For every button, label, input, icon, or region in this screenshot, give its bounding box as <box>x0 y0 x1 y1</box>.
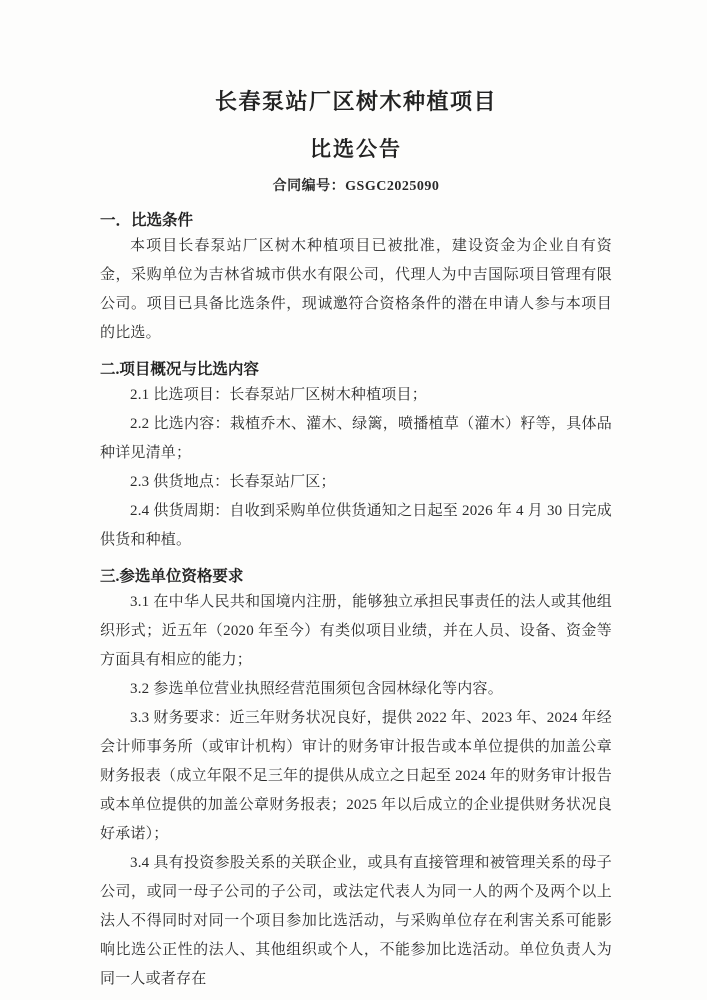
section-qualification-requirements: 三.参选单位资格要求 3.1 在中华人民共和国境内注册，能够独立承担民事责任的法… <box>100 566 612 994</box>
section-project-overview: 二.项目概况与比选内容 2.1 比选项目：长春泵站厂区树木种植项目； 2.2 比… <box>100 359 612 555</box>
section-bid-conditions: 一．比选条件 本项目长春泵站厂区树木种植项目已被批准，建设资金为企业自有资金，采… <box>100 210 612 348</box>
document-subtitle: 比选公告 <box>100 134 612 164</box>
section-heading-3: 三.参选单位资格要求 <box>100 566 612 588</box>
paragraph: 3.1 在中华人民共和国境内注册，能够独立承担民事责任的法人或其他组织形式；近五… <box>100 588 612 675</box>
contract-number: 合同编号：GSGC2025090 <box>100 177 612 197</box>
paragraph: 2.1 比选项目：长春泵站厂区树木种植项目； <box>100 381 612 410</box>
section-heading-1: 一．比选条件 <box>100 210 612 232</box>
paragraph: 本项目长春泵站厂区树木种植项目已被批准，建设资金为企业自有资金，采购单位为吉林省… <box>100 232 612 348</box>
scanned-document-page: 长春泵站厂区树木种植项目 比选公告 合同编号：GSGC2025090 一．比选条… <box>0 0 707 1000</box>
paragraph: 2.3 供货地点：长春泵站厂区； <box>100 468 612 497</box>
paragraph: 3.2 参选单位营业执照经营范围须包含园林绿化等内容。 <box>100 675 612 704</box>
section-heading-2: 二.项目概况与比选内容 <box>100 359 612 381</box>
paragraph: 3.3 财务要求：近三年财务状况良好，提供 2022 年、2023 年、2024… <box>100 704 612 849</box>
paragraph: 3.4 具有投资参股关系的关联企业，或具有直接管理和被管理关系的母子公司，或同一… <box>100 849 612 994</box>
paragraph: 2.4 供货周期：自收到采购单位供货通知之日起至 2026 年 4 月 30 日… <box>100 497 612 555</box>
paragraph: 2.2 比选内容：栽植乔木、灌木、绿篱，喷播植草（灌木）籽等，具体品种详见清单； <box>100 410 612 468</box>
document-title: 长春泵站厂区树木种植项目 <box>100 87 612 117</box>
